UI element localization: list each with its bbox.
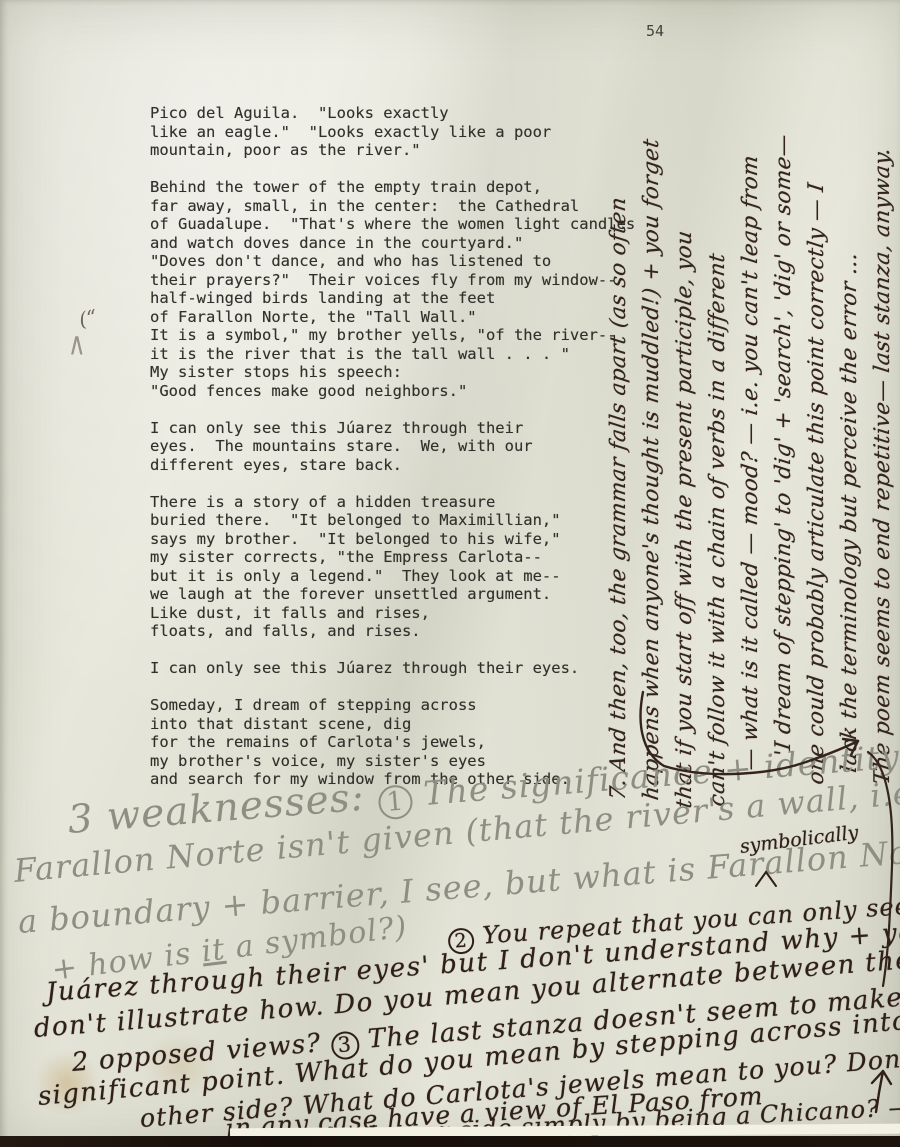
poem-line: their prayers?" Their voices fly from my… [150, 271, 635, 290]
poem-line: into that distant scene, dig [150, 715, 635, 734]
margin-note-line: that if you start off with the present p… [668, 14, 701, 810]
margin-note-line: 7. And then, too, the grammar falls apar… [602, 6, 635, 802]
scanned-manuscript-page: 54 Pico del Aguila. "Looks exactly like … [0, 0, 900, 1147]
margin-note-line: happens when anyone's thought is muddled… [635, 10, 668, 806]
poem-line: but it is only a legend." They look at m… [150, 567, 635, 586]
poem-line: Behind the tower of the empty train depo… [150, 178, 635, 197]
margin-annotation-rotated: 7. And then, too, the grammar falls apar… [602, 6, 900, 835]
poem-line: buried there. "It belonged to Maximillia… [150, 511, 635, 530]
poem-line: I can only see this Júarez through their… [150, 659, 635, 678]
poem-line: and watch doves dance in the courtyard." [150, 234, 635, 253]
circled-number-1: 1 [377, 784, 414, 821]
margin-note-line: 'I dream of stepping' to 'dig' + 'search… [767, 26, 800, 822]
margin-note-line: — what is it called — mood? — i.e. you c… [734, 22, 767, 818]
margin-note-line: lack the terminology but perceive the er… [833, 34, 866, 830]
typed-poem: Pico del Aguila. "Looks exactly like an … [150, 104, 635, 807]
margin-note-line: The poem seems to end repetitive— last s… [866, 38, 899, 834]
poem-line: Someday, I dream of stepping across [150, 696, 635, 715]
poem-line: it is the river that is the tall wall . … [150, 345, 635, 364]
poem-line: like an eagle." "Looks exactly like a po… [150, 123, 635, 142]
poem-line: "Doves don't dance, and who has listened… [150, 252, 635, 271]
poem-line: My sister stops his speech: [150, 363, 635, 382]
poem-line: Pico del Aguila. "Looks exactly [150, 104, 635, 123]
poem-line: Like dust, it falls and rises, [150, 604, 635, 623]
poem-line: I can only see this Júarez through their [150, 419, 635, 438]
poem-line: eyes. The mountains stare. We, with our [150, 437, 635, 456]
poem-line: of Guadalupe. "That's where the women li… [150, 215, 635, 234]
pencil-caret-mark: ∧ [68, 326, 86, 362]
poem-stanza-3: I can only see this Júarez through their… [150, 419, 635, 475]
poem-line: far away, small, in the center: the Cath… [150, 197, 635, 216]
poem-line: we laugh at the forever unsettled argume… [150, 585, 635, 604]
poem-stanza-4: There is a story of a hidden treasure bu… [150, 493, 635, 641]
poem-stanza-5: I can only see this Júarez through their… [150, 659, 635, 678]
poem-line: There is a story of a hidden treasure [150, 493, 635, 512]
poem-stanza-1: Pico del Aguila. "Looks exactly like an … [150, 104, 635, 160]
poem-line: my sister corrects, "the Empress Carlota… [150, 548, 635, 567]
poem-line: floats, and falls, and rises. [150, 622, 635, 641]
poem-line: It is a symbol," my brother yells, "of t… [150, 326, 635, 345]
margin-note-line: can't follow it with a chain of verbs in… [701, 18, 734, 814]
poem-line: mountain, poor as the river." [150, 141, 635, 160]
poem-line: for the remains of Carlota's jewels, [150, 733, 635, 752]
margin-note-line: one could probably articulate this point… [800, 30, 833, 826]
poem-stanza-2: Behind the tower of the empty train depo… [150, 178, 635, 400]
poem-line: says my brother. "It belonged to his wif… [150, 530, 635, 549]
poem-line: "Good fences make good neighbors." [150, 382, 635, 401]
poem-line: different eyes, stare back. [150, 456, 635, 475]
poem-line: half-winged birds landing at the feet [150, 289, 635, 308]
scan-bottom-edge [0, 1136, 900, 1147]
poem-line: of Farallon Norte, the "Tall Wall." [150, 308, 635, 327]
